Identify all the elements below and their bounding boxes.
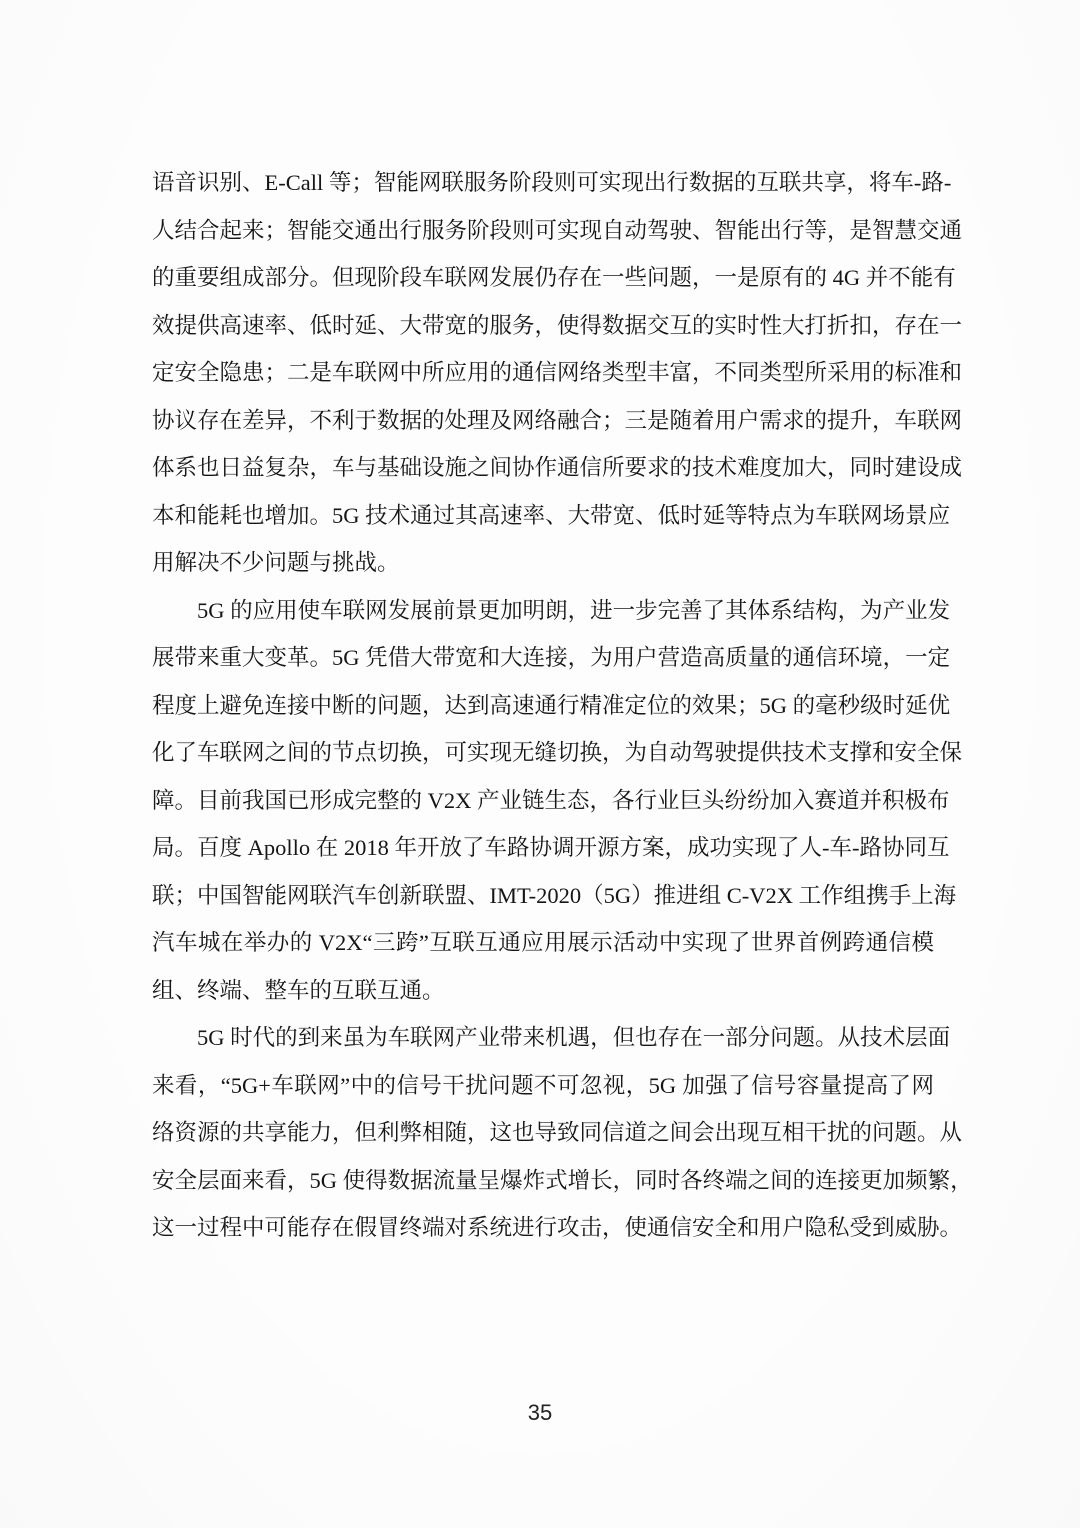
- text-line: 局。百度 Apollo 在 2018 年开放了车路协调开源方案，成功实现了人-车…: [152, 824, 934, 872]
- text-line: 化了车联网之间的节点切换，可实现无缝切换，为自动驾驶提供技术支撑和安全保: [152, 729, 934, 777]
- text-line: 联；中国智能网联汽车创新联盟、IMT-2020（5G）推进组 C-V2X 工作组…: [152, 872, 934, 920]
- text-line: 人结合起来；智能交通出行服务阶段则可实现自动驾驶、智能出行等，是智慧交通: [152, 207, 934, 255]
- text-line: 的重要组成部分。但现阶段车联网发展仍存在一些问题，一是原有的 4G 并不能有: [152, 254, 934, 302]
- text-line: 这一过程中可能存在假冒终端对系统进行攻击，使通信安全和用户隐私受到威胁。: [152, 1204, 934, 1252]
- text-line: 安全层面来看，5G 使得数据流量呈爆炸式增长，同时各终端之间的连接更加频繁，: [152, 1157, 934, 1205]
- text-line: 展带来重大变革。5G 凭借大带宽和大连接，为用户营造高质量的通信环境，一定: [152, 634, 934, 682]
- text-line: 用解决不少问题与挑战。: [152, 539, 934, 587]
- body-text: 语音识别、E-Call 等；智能网联服务阶段则可实现出行数据的互联共享，将车-路…: [152, 159, 934, 1252]
- text-line: 程度上避免连接中断的问题，达到高速通行精准定位的效果；5G 的毫秒级时延优: [152, 682, 934, 730]
- text-line: 来看，“5G+车联网”中的信号干扰问题不可忽视，5G 加强了信号容量提高了网: [152, 1062, 934, 1110]
- text-line: 体系也日益复杂，车与基础设施之间协作通信所要求的技术难度加大，同时建设成: [152, 444, 934, 492]
- text-line: 协议存在差异，不利于数据的处理及网络融合；三是随着用户需求的提升，车联网: [152, 397, 934, 445]
- text-line: 组、终端、整车的互联互通。: [152, 967, 934, 1015]
- text-line: 汽车城在举办的 V2X“三跨”互联互通应用展示活动中实现了世界首例跨通信模: [152, 919, 934, 967]
- text-line: 5G 时代的到来虽为车联网产业带来机遇，但也存在一部分问题。从技术层面: [152, 1014, 934, 1062]
- text-line: 障。目前我国已形成完整的 V2X 产业链生态，各行业巨头纷纷加入赛道并积极布: [152, 777, 934, 825]
- document-page: 语音识别、E-Call 等；智能网联服务阶段则可实现出行数据的互联共享，将车-路…: [0, 0, 1080, 1528]
- text-line: 络资源的共享能力，但利弊相随，这也导致同信道之间会出现互相干扰的问题。从: [152, 1109, 934, 1157]
- text-line: 效提供高速率、低时延、大带宽的服务，使得数据交互的实时性大打折扣，存在一: [152, 302, 934, 350]
- page-number: 35: [0, 1400, 1080, 1426]
- text-line: 语音识别、E-Call 等；智能网联服务阶段则可实现出行数据的互联共享，将车-路…: [152, 159, 934, 207]
- text-line: 定安全隐患；二是车联网中所应用的通信网络类型丰富，不同类型所采用的标准和: [152, 349, 934, 397]
- text-line: 本和能耗也增加。5G 技术通过其高速率、大带宽、低时延等特点为车联网场景应: [152, 492, 934, 540]
- text-line: 5G 的应用使车联网发展前景更加明朗，进一步完善了其体系结构，为产业发: [152, 587, 934, 635]
